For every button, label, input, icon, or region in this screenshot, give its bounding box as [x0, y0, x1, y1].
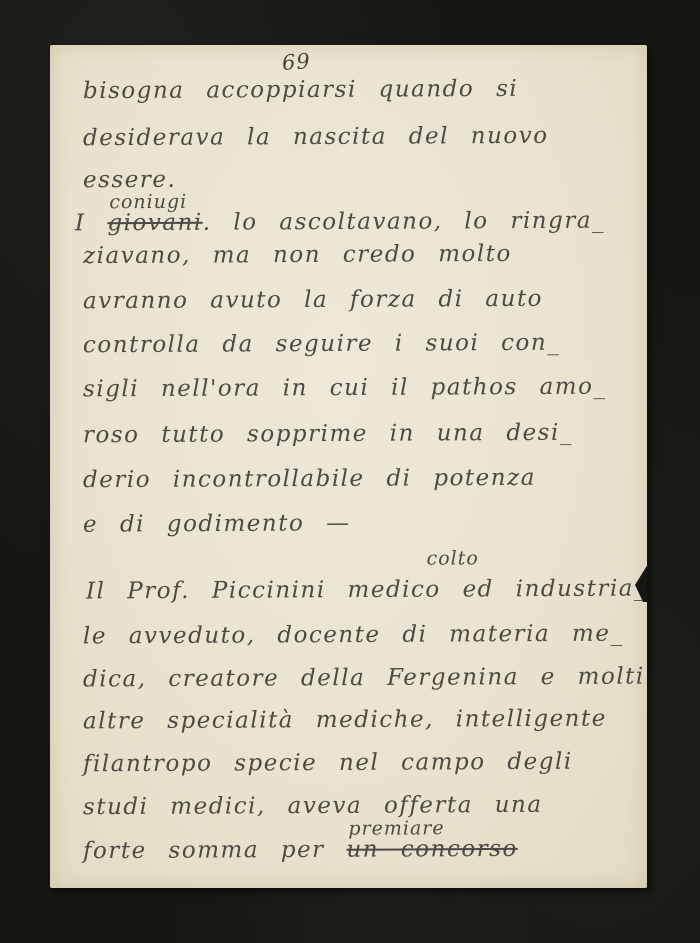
handwritten-line: ziavano, ma non credo molto: [83, 239, 512, 271]
handwritten-line: studi medici, aveva offerta una: [83, 790, 543, 822]
correction: premiareun concorso: [346, 834, 518, 865]
handwritten-line: roso tutto sopprime in una desi_: [83, 418, 573, 451]
handwritten-line: altre specialità mediche, intelligente: [83, 704, 607, 737]
handwritten-line: bisogna accoppiarsi quando si: [83, 74, 518, 106]
line-text: I: [75, 210, 108, 236]
photo-background: 69 bisogna accoppiarsi quando si desider…: [0, 0, 700, 943]
page-number: 69: [281, 49, 311, 75]
handwritten-line: avranno avuto la forza di auto: [83, 284, 543, 316]
handwritten-line: le avveduto, docente di materia me_: [83, 619, 624, 652]
inserted-word: colto: [426, 543, 478, 573]
handwritten-line: I coniugigiovani. lo ascoltavano, lo rin…: [75, 206, 605, 239]
handwritten-line: dica, creatore della Fergenina e molti: [83, 662, 645, 695]
inserted-word: coniugi: [109, 187, 187, 217]
handwritten-line: e di godimento —: [83, 508, 351, 539]
line-text: forte somma per: [83, 837, 347, 864]
manuscript-page: 69 bisogna accoppiarsi quando si desider…: [50, 45, 647, 888]
handwritten-line: desiderava la nascita del nuovo: [83, 121, 549, 153]
handwritten-line: derio incontrollabile di potenza: [83, 463, 536, 495]
handwritten-line: controlla da seguire i suoi con_: [83, 328, 560, 360]
handwritten-line: filantropo specie nel campo degli: [83, 747, 573, 780]
line-text: Il Prof. Piccinini medico: [86, 577, 441, 605]
handwritten-line: forte somma per premiareun concorso: [83, 834, 518, 866]
line-text: . lo ascoltavano, lo ringra_: [203, 208, 605, 236]
correction: coniugigiovani: [107, 208, 202, 238]
line-text: ed industria_: [441, 576, 647, 603]
handwritten-line: sigli nell'ora in cui il pathos amo_: [83, 372, 607, 405]
handwritten-line: Il Prof. Piccinini medicocolto ed indust…: [86, 574, 647, 607]
inserted-word: premiare: [348, 813, 444, 844]
